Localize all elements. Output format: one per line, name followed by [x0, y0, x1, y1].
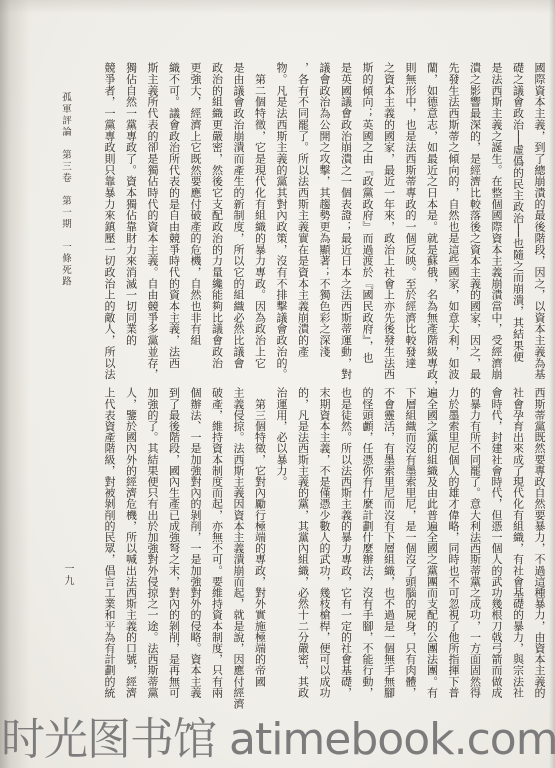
watermark: 时光图书馆 atimebook.com — [1, 703, 555, 767]
text-column: 更強大，經濟上它既然要應付破產的危機，自然也非有組 — [187, 62, 203, 346]
text-column: 下層組織而沒有墨索里尼，是一個沒了頭腦的屍身，只有肉體， — [402, 387, 418, 698]
text-column: 競爭者，一黨專政則只靠暴力來鎮壓一切政治上的敵人，所以法 — [101, 62, 117, 380]
text-column: 西斯蒂黨既然要專政自然要暴力，不過這種暴力，由資本主義的 — [531, 387, 547, 698]
text-column: 礎之議會政治──虛僞的民主政治──也隨之而崩潰，其結果便 — [510, 62, 526, 362]
text-column: 議會政治為公開之攻擊，其趨勢更為顯著；不獨色彩之深淺 — [316, 62, 332, 357]
text-column: 潰之影響最深的，是經濟比較落後之資本主義的國家，因之，最 — [467, 62, 483, 380]
text-column: 是由議會政治崩潰而產生的新制度，所以它的組織必然比議會 — [230, 62, 246, 368]
text-column: 則無形中，也是法西斯蒂專政的一個反映。至於經濟比較發達 — [402, 62, 418, 368]
text-column: 的暴力有所不同罷了。意大利法西斯蒂黨之成功，一方面固然得 — [467, 387, 483, 698]
text-column: 獨佔自然一黨專政了。資本獨佔靠財力來消滅一切同業的 — [123, 62, 139, 346]
text-column: 破產，維持資本制度而起，亦無不可。要維持資本制度，只有兩 — [209, 387, 225, 698]
text-column: 斯的傾向；英國之由『政黨政府』而過渡於『國民政府』，也 — [359, 62, 375, 363]
text-column: 上代表資產階級，對被剝削的民眾，倡言工業和平為有計劃的統 — [101, 387, 117, 698]
text-column: 是英國議會政治崩潰之一個表證；最近日本之法西斯蒂運動，對 — [338, 62, 354, 380]
text-column: 末期資本主義，不是僅憑少數人的武功，幾枝槍桿，便可以成功 — [316, 387, 332, 698]
text-column: 個辦法、一是加強對內的剝削，一是加強對外的侵略。資本主義 — [187, 387, 203, 698]
text-column: 蘭，如德意志，如最近之日本是。就是蘇俄，名為無產階級專政， — [424, 62, 440, 391]
spine-label: 孤軍評論 第三卷 第一期 一條死路 — [58, 92, 72, 412]
text-column: 不會靈活，有墨索里尼而沒有下層組織，也不過是一個無手無腳 — [381, 387, 397, 698]
text-column: 的怪頭顱，任憑你有什麼計劃什麼辦法，沒有手腳，不能行動， — [359, 387, 375, 698]
scanned-journal-page: 孤軍評論 第三卷 第一期 一條死路 一九 國際資本主義，到了總崩潰的最後階段，因… — [0, 0, 555, 768]
text-column: 是法西斯主義之誕生。在整個國際資本主義崩潰當中，受經濟崩 — [488, 62, 504, 380]
text-column: 國際資本主義，到了總崩潰的最後階段，因之，以資本主義為基 — [531, 62, 547, 380]
text-column: 到了最後階段，國內生產已成強弩之末，對內的剝削，是再無可 — [166, 387, 182, 698]
text-column: 遍全國之黨的組織及由此普遍全國之黨團而支配的公團法團。有 — [424, 387, 440, 698]
text-column: 斯主義所代表的卻是獨佔時代的資本主義。自由競爭多黨並存， — [144, 62, 160, 380]
page-number: 一九 — [60, 563, 75, 587]
text-column: 力於墨索里尼個人的雄才偉略，同時也不可忽視了他所指揮下普 — [445, 387, 461, 698]
text-column: ，各有不同罷了。所以法西斯主義實在是資本主義崩潰的產 — [295, 62, 311, 357]
bottom-text-block: 西斯蒂黨既然要專政自然要暴力，不過這種暴力，由資本主義的社會孕育出來成了現代化有… — [87, 387, 547, 720]
text-column: 政治的組織更嚴密，然後它支配政治的力量纔能夠比議會政治 — [209, 62, 225, 368]
text-column: 之資本主義的國家，最近一年來，政治上社會上亦先後發生法西 — [381, 62, 397, 380]
text-column: 織不可。議會政治所代表的是自由競爭時代的資本主義，法西 — [166, 62, 182, 368]
text-column: 加強的了。其結果便只有出於加強對外侵掠之一途。法西斯蒂黨 — [144, 387, 160, 698]
text-column: 會時代，封建社會時代，但憑一個人的武功幾根刀戟弓箭而做成 — [488, 387, 504, 698]
text-column: 物。凡是法西斯主義的黨其對內政策，沒有不排擊議會政治的。 — [273, 62, 289, 380]
text-column: 社會孕育出來成了現代化有組織，有社會基礎的暴力，與宗法社 — [510, 387, 526, 698]
text-column: 先發生法西斯蒂之傾向的，自然也是這些國家，如意大利，如波 — [445, 62, 461, 380]
text-column: 人，鑒於國內外的經濟危機，所以喊出法西斯主義的口號，經濟 — [123, 387, 139, 698]
text-column: 治運用，必以暴力。 — [273, 387, 289, 487]
text-column: 也是徒然。所以法西斯主義的暴力專政，它有一定的社會基礎， — [338, 387, 354, 698]
text-column: 第三個特徵，它對內勵行極端的專政，對外實施極端的帝國 — [252, 387, 268, 687]
text-column: 的，凡是法西斯主義的黨，其黨內組織，必然十二分嚴密，其政 — [295, 387, 311, 698]
top-text-block: 國際資本主義，到了總崩潰的最後階段，因之，以資本主義為基礎之議會政治──虛僞的民… — [87, 62, 547, 380]
text-column: 主義侵掠。法西斯主義因資本主義潰崩而起，就是說，因應付經濟 — [230, 387, 246, 709]
text-column: 第二個特徵，它是現代化有組織的暴力專政。因為政治上它 — [252, 62, 268, 368]
